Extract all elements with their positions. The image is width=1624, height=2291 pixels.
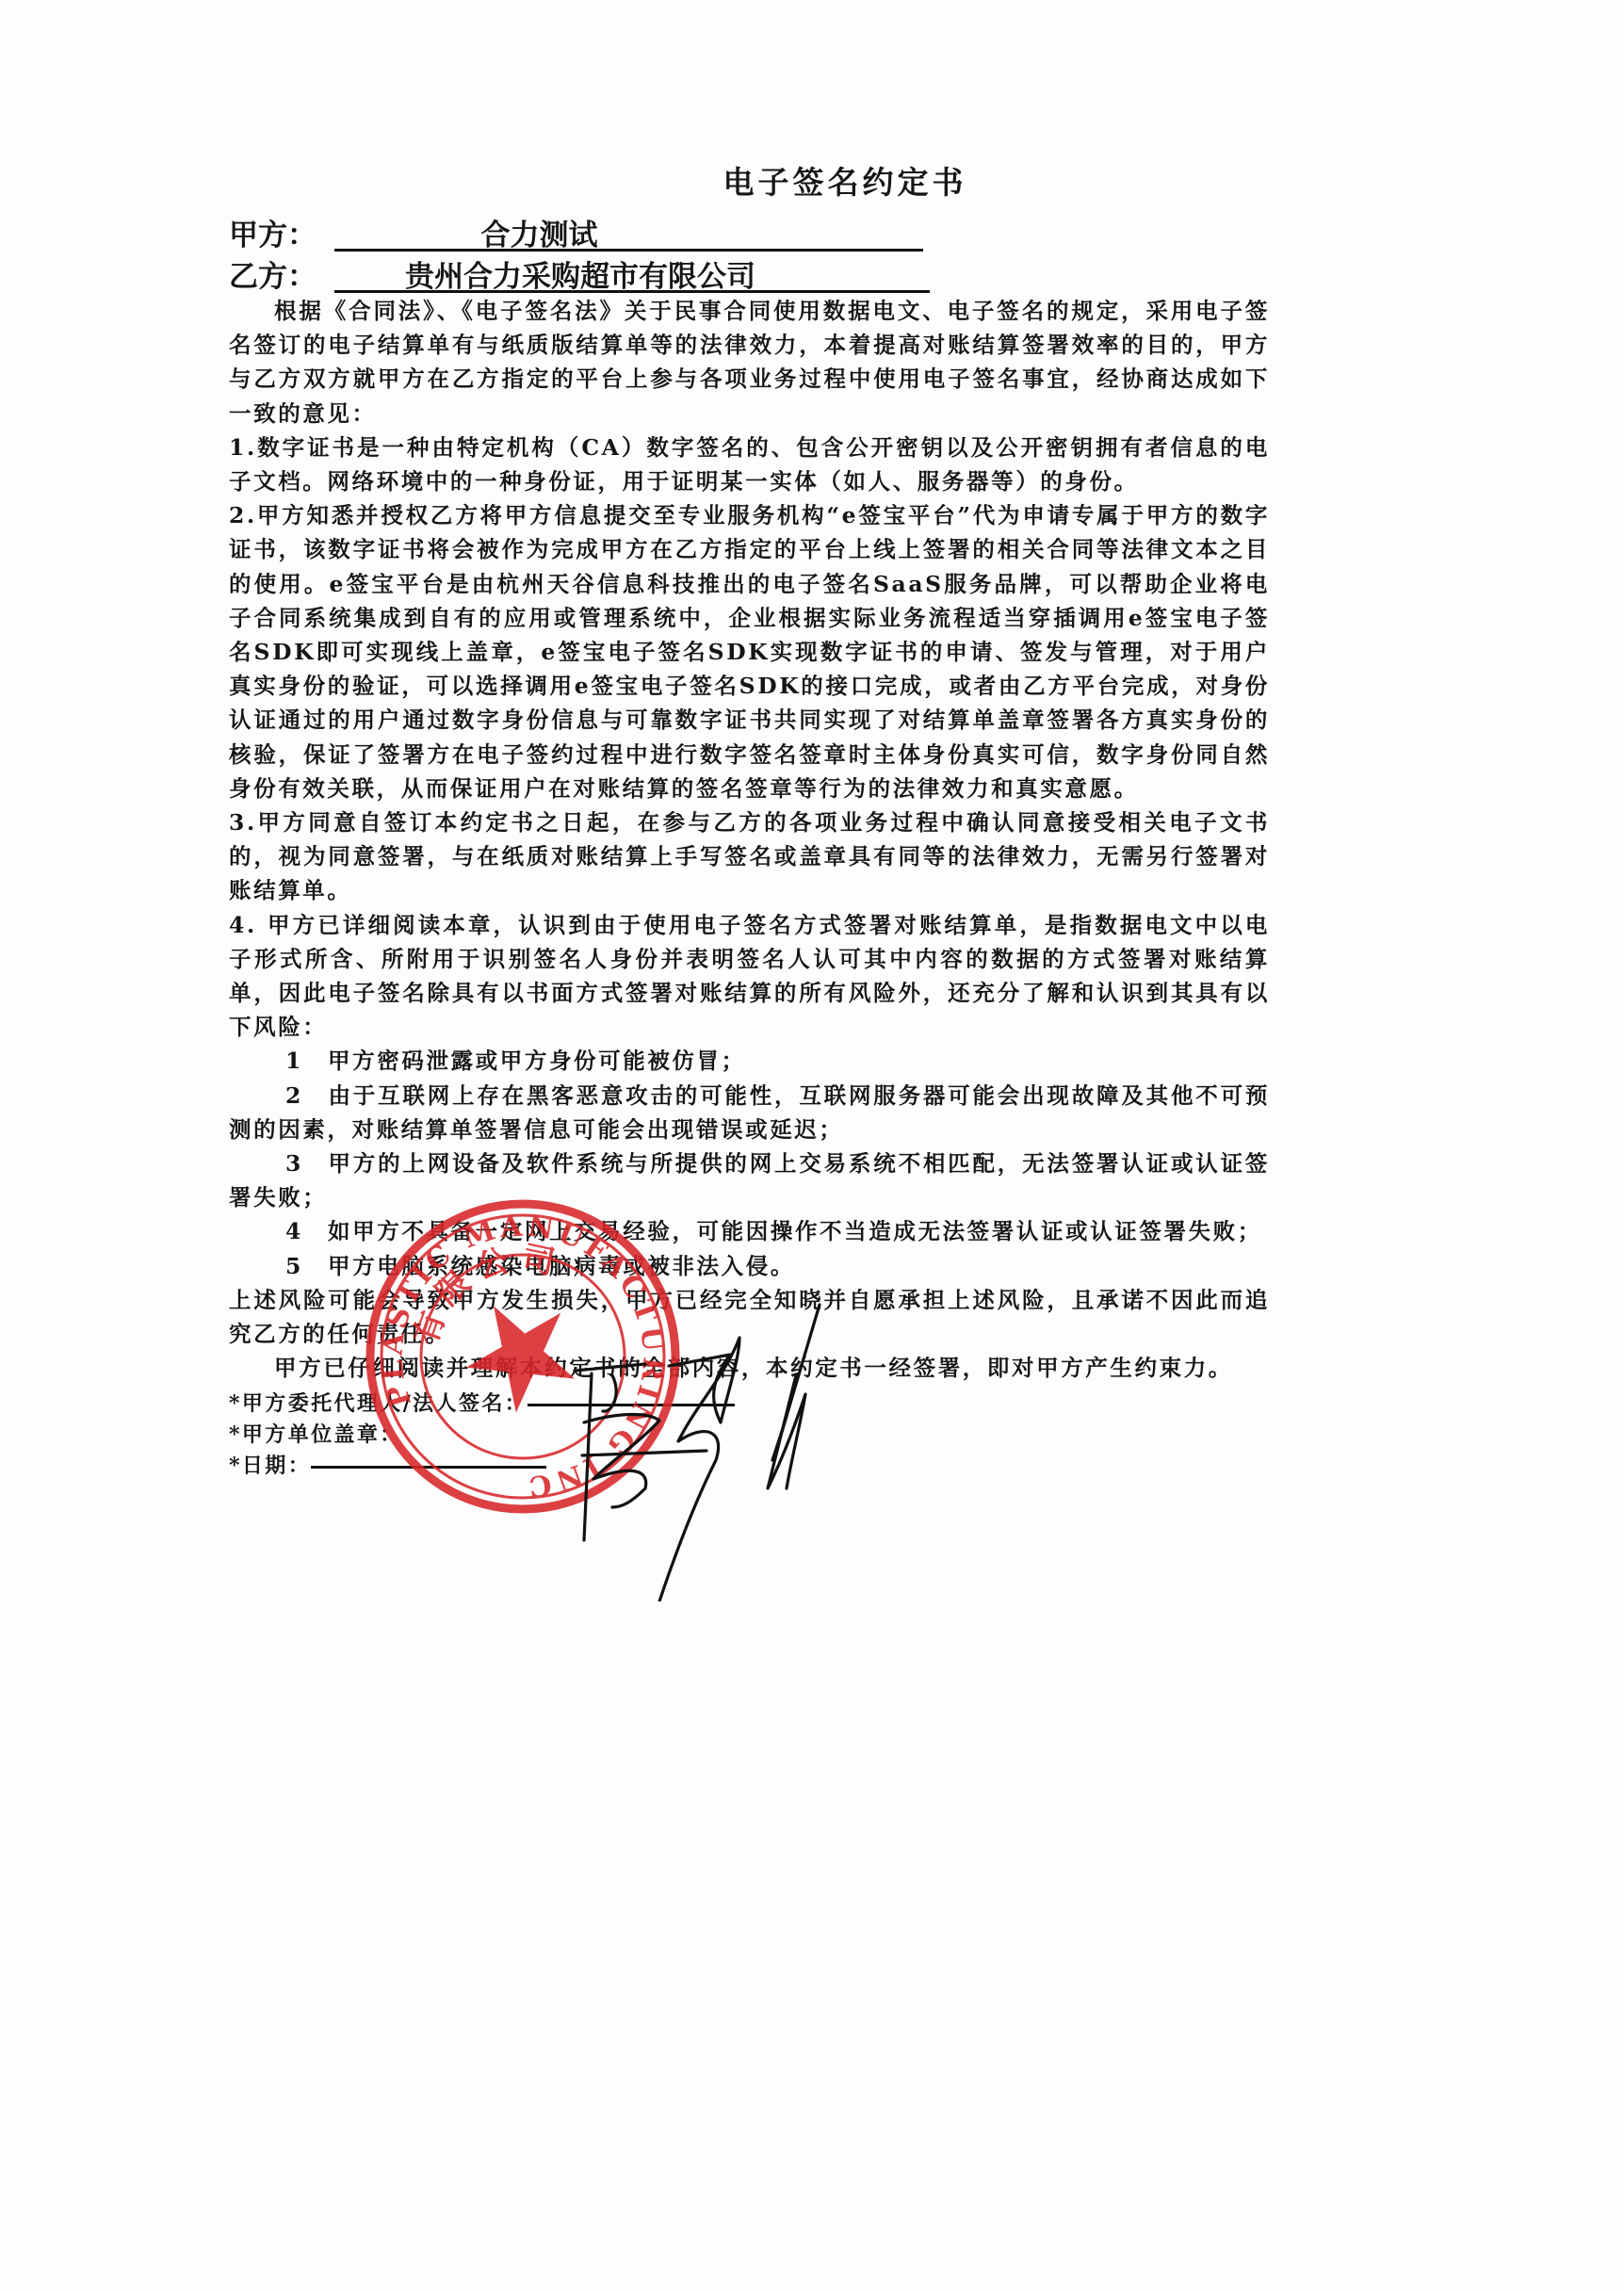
party-a-value-line: 合力测试 [334,211,923,252]
date-label: *日期： [229,1454,311,1478]
party-a-field: 甲方： 合力测试 [229,211,333,253]
party-b-field: 乙方： 贵州合力采购超市有限公司 [229,252,333,295]
party-b-label: 乙方： [229,252,333,295]
intro-paragraph: 根据《合同法》、《电子签名法》关于民事合同使用数据电文、电子签名的规定，采用电子… [229,294,1270,431]
document-page: 电子签名约定书 甲方： 合力测试 乙方： 贵州合力采购超市有限公司 根据《合同法… [0,0,1624,2291]
party-b-value-line: 贵州合力采购超市有限公司 [334,252,930,293]
clause-2: 2.甲方知悉并授权乙方将甲方信息提交至专业服务机构“e签宝平台”代为申请专属于甲… [229,498,1270,805]
handwritten-signature [556,1300,895,1601]
clause-4: 4. 甲方已详细阅读本章，认识到由于使用电子签名方式签署对账结算单，是指数据电文… [229,908,1270,1045]
party-b-value: 贵州合力采购超市有限公司 [405,260,755,294]
risk-item-1: 1 甲方密码泄露或甲方身份可能被仿冒； [229,1044,1270,1078]
clause-1: 1.数字证书是一种由特定机构（CA）数字签名的、包含公开密钥以及公开密钥拥有者信… [229,431,1270,498]
party-a-value: 合力测试 [481,219,598,252]
document-title: 电子签名约定书 [0,158,1624,203]
clause-3: 3.甲方同意自签订本约定书之日起，在参与乙方的各项业务过程中确认同意接受相关电子… [229,805,1270,908]
risk-item-2: 2 由于互联网上存在黑客恶意攻击的可能性，互联网服务器可能会出现故障及其他不可预… [229,1079,1270,1146]
party-a-label: 甲方： [229,211,333,253]
